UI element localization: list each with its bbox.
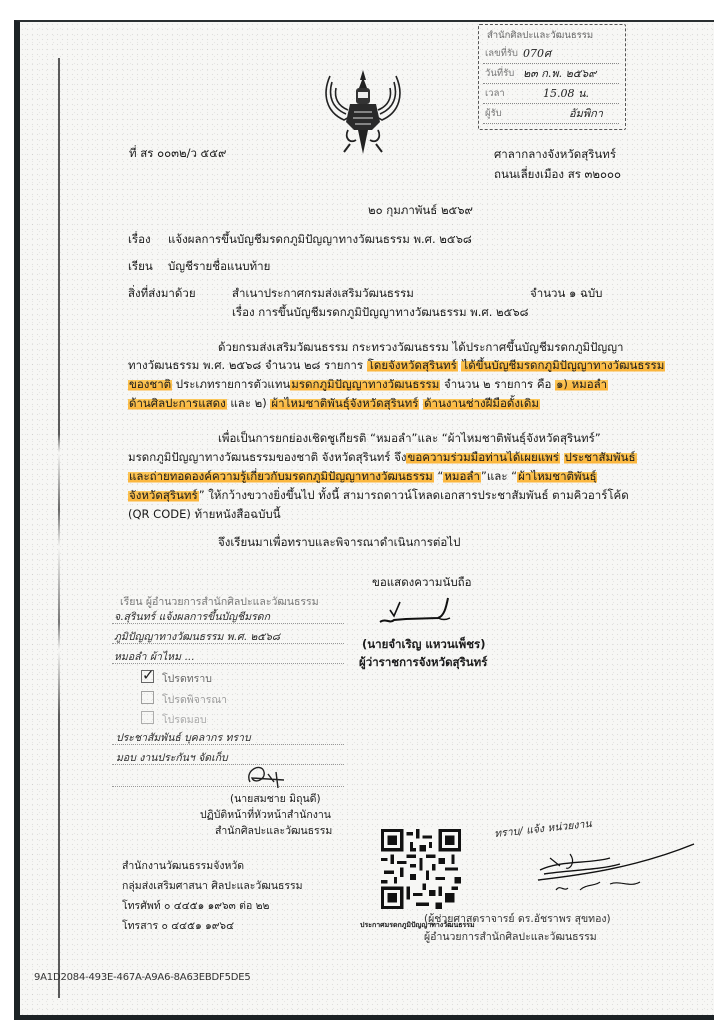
stamp-row: เลขที่รับ 070ศ: [483, 45, 619, 64]
highlight: หมอลำ: [443, 469, 481, 483]
highlight: มรดกภูมิปัญญาทางวัฒนธรรม: [290, 377, 440, 391]
footer-fax: โทรสาร ๐ ๔๔๕๑ ๑๙๖๔: [122, 917, 234, 934]
scan-edge-shadow: [58, 58, 60, 998]
footer-phone: โทรศัพท์ ๐ ๔๔๕๑ ๑๙๖๓ ต่อ ๒๒: [122, 897, 269, 914]
highlight: ๑) หมอลำ: [555, 377, 608, 391]
body-p2-line3: และถ่ายทอดองค์ความรู้เกี่ยวกับมรดกภูมิปั…: [128, 468, 597, 485]
body-p2-line4: จังหวัดสุรินทร์” ให้กว้างขวางยิ่งขึ้นไป …: [128, 487, 629, 504]
director-position: ผู้อำนวยการสำนักศิลปะและวัฒนธรรม: [424, 928, 597, 945]
recipient-label: เรียน: [128, 258, 153, 275]
highlight: ผ้าไหมชาติพันธุ์จังหวัดสุรินทร์: [270, 396, 419, 410]
body-p1-line4: ด้านศิลปะการแสดง และ ๒) ผ้าไหมชาติพันธุ์…: [128, 395, 540, 412]
body-p1-line2: ทางวัฒนธรรม พ.ศ. ๒๕๖๘ จำนวน ๒๘ รายการ โด…: [128, 357, 665, 374]
memo-handwritten-line: ภูมิปัญญาทางวัฒนธรรม พ.ศ. ๒๕๖๘: [114, 628, 280, 645]
sender-address-line1: ศาลากลางจังหวัดสุรินทร์: [494, 146, 616, 163]
director-name: (ผู้ช่วยศาสตราจารย์ ดร.อัชราพร สุขทอง): [424, 910, 611, 927]
body-p2-line5: (QR CODE) ท้ายหนังสือฉบับนี้: [128, 506, 281, 523]
highlight: และถ่ายทอดองค์ความรู้เกี่ยวกับมรดกภูมิปั…: [128, 469, 434, 483]
governor-name: (นายจำเริญ แหวนเพ็ชร): [362, 636, 485, 653]
sender-address-line2: ถนนเลี่ยงเมือง สร ๓๒๐๐๐: [494, 166, 621, 183]
director-signature: [530, 840, 700, 900]
option-checkbox-checked[interactable]: [141, 670, 154, 683]
memo-note: ประชาสัมพันธ์ บุคลากร ทราบ: [116, 729, 251, 746]
option-label: โปรดทราบ: [162, 670, 212, 687]
stamp-row: เวลา 15.08 น.: [483, 85, 619, 104]
attachment-label: สิ่งที่ส่งมาด้วย: [128, 285, 196, 302]
memo-handwritten-line: หมอลำ ผ้าไหม ...: [114, 648, 194, 665]
subject-text: แจ้งผลการขึ้นบัญชีมรดกภูมิปัญญาทางวัฒนธร…: [168, 231, 472, 248]
option-label: โปรดมอบ: [162, 711, 207, 728]
option-checkbox[interactable]: [141, 711, 154, 724]
body-p2-line2: มรดกภูมิปัญญาทางวัฒนธรรมของชาติ จังหวัดส…: [128, 449, 637, 466]
footer-office-line2: กลุ่มส่งเสริมศาสนา ศิลปะและวัฒนธรรม: [122, 877, 303, 894]
stamp-office: สำนักศิลปะและวัฒนธรรม: [487, 28, 593, 43]
recipient-text: บัญชีรายชื่อแนบท้าย: [168, 258, 270, 275]
subject-label: เรื่อง: [128, 231, 151, 248]
body-p2-line1: เพื่อเป็นการยกย่องเชิดชูเกียรติ “หมอลำ”แ…: [218, 430, 601, 447]
memo-signer-position-1: ปฏิบัติหน้าที่หัวหน้าสำนักงาน: [200, 806, 331, 823]
governor-position: ผู้ว่าราชการจังหวัดสุรินทร์: [359, 654, 487, 671]
memo-signer-position-2: สำนักศิลปะและวัฒนธรรม: [215, 822, 332, 839]
highlight: ของชาติ: [128, 377, 172, 391]
highlight: ผ้าไหมชาติพันธุ์: [517, 469, 597, 483]
salutation: ขอแสดงความนับถือ: [372, 574, 472, 591]
highlight: ด้านศิลปะการแสดง: [128, 396, 227, 410]
reference-number: ที่ สร ๐๐๓๒/ว ๕๕๙: [129, 145, 226, 162]
attachment-quantity: จำนวน ๑ ฉบับ: [530, 285, 602, 302]
body-p1-line1: ด้วยกรมส่งเสริมวัฒนธรรม กระทรวงวัฒนธรรม …: [218, 339, 623, 356]
option-checkbox[interactable]: [141, 691, 154, 704]
highlight: ขอความร่วมมือท่านได้เผยแพร่: [406, 450, 559, 464]
highlight: ประชาสัมพันธ์: [564, 450, 637, 464]
attachment-subtext: เรื่อง การขึ้นบัญชีมรดกภูมิปัญญาทางวัฒนธ…: [232, 304, 528, 321]
highlight: โดยจังหวัดสุรินทร์: [367, 358, 458, 372]
option-label: โปรดพิจารณา: [162, 691, 227, 708]
receipt-stamp: สำนักศิลปะและวัฒนธรรม เลขที่รับ 070ศ วัน…: [478, 24, 626, 130]
governor-signature: [376, 596, 456, 632]
memo-note: มอบ งานประกันฯ จัดเก็บ: [116, 749, 228, 766]
qr-code[interactable]: [381, 829, 461, 909]
highlight: จังหวัดสุรินทร์: [128, 488, 199, 502]
stamp-row: ผู้รับ อัมพิกา: [483, 105, 619, 124]
body-p1-line3: ของชาติ ประเภทรายการตัวแทนมรดกภูมิปัญญาท…: [128, 376, 608, 393]
highlight: ด้านงานช่างฝีมือดั้งเดิม: [423, 396, 540, 410]
memo-signer-signature: [244, 760, 290, 790]
document-id: 9A1D2084-493E-467A-A9A6-8A63EBDF5DE5: [34, 972, 251, 983]
attachment-text: สำเนาประกาศกรมส่งเสริมวัฒนธรรม: [232, 285, 414, 302]
stamp-row: วันที่รับ ๒๓ ก.พ. ๒๕๖๙: [483, 65, 619, 84]
closing-line: จึงเรียนมาเพื่อทราบและพิจารณาดำเนินการต่…: [218, 534, 460, 551]
memo-signer-name: (นายสมชาย มิถุนดี): [230, 790, 321, 807]
footer-office-line1: สำนักงานวัฒนธรรมจังหวัด: [122, 857, 244, 874]
document-date: ๒๐ กุมภาพันธ์ ๒๕๖๙: [368, 202, 473, 219]
memo-handwritten-line: จ.สุรินทร์ แจ้งผลการขึ้นบัญชีมรดก: [114, 608, 270, 625]
garuda-emblem-icon: [320, 68, 406, 156]
highlight: ได้ขึ้นบัญชีมรดกภูมิปัญญาทางวัฒนธรรม: [461, 358, 665, 372]
